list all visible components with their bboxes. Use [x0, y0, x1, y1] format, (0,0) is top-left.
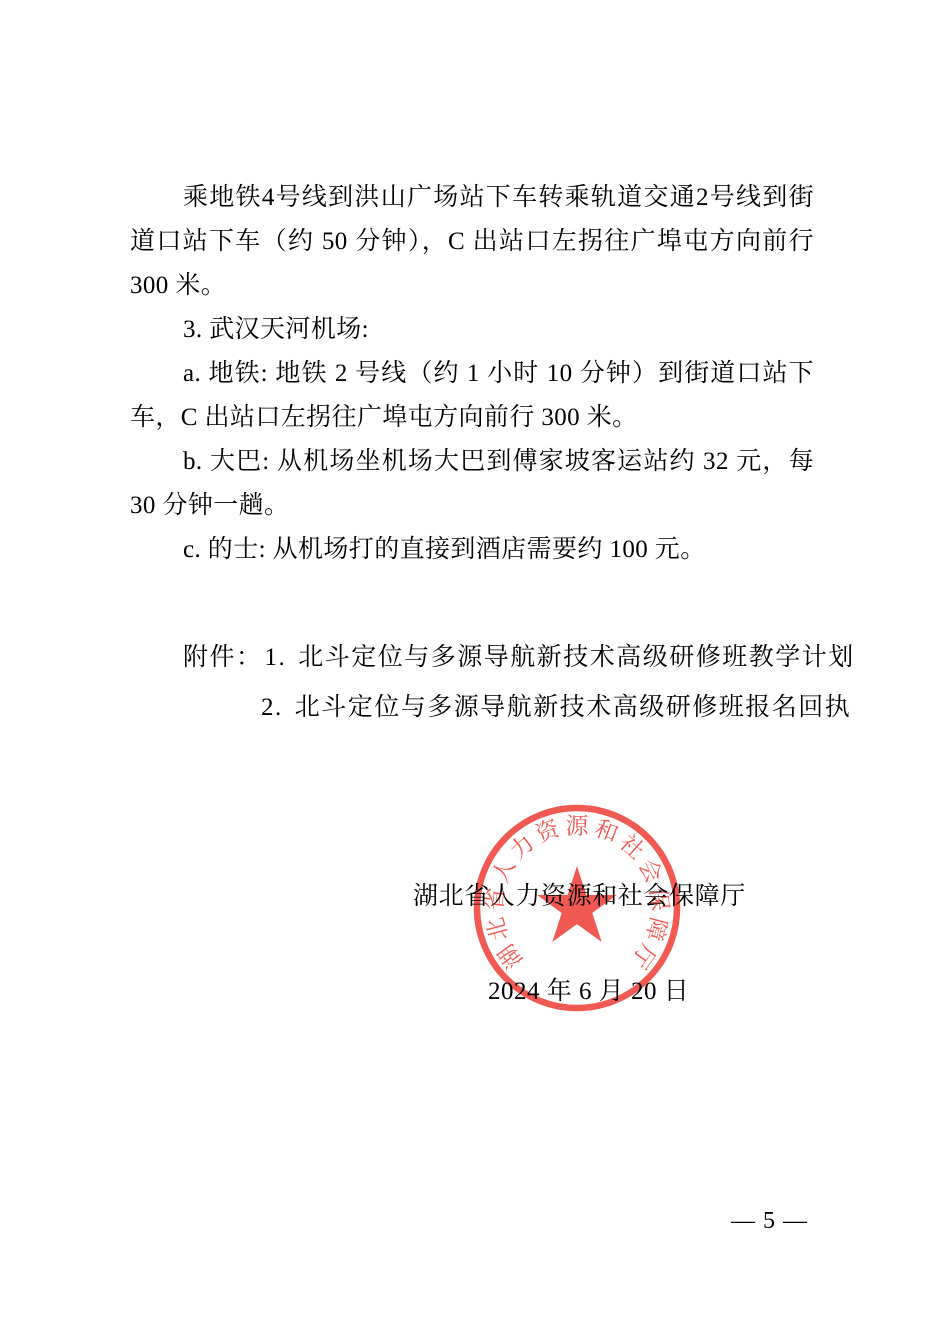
body-line: 车，C 出站口左拐往广埠屯方向前行 300 米。 — [130, 403, 814, 433]
seal-ring-char: 北 — [483, 915, 513, 944]
seal-ring-char: 和 — [591, 816, 621, 848]
seal-ring-char: 源 — [566, 814, 590, 839]
attachment-title: 北斗定位与多源导航新技术高级研修班教学计划 — [298, 644, 855, 671]
body-line: a. 地铁: 地铁 2 号线（约 1 小时 10 分钟）到街道口站下 — [130, 359, 814, 389]
attachment-number: 1. — [265, 644, 287, 671]
seal-ring-char: 资 — [532, 815, 563, 847]
body-line: c. 的士: 从机场打的直接到酒店需要约 100 元。 — [130, 535, 814, 565]
body-line: 3. 武汉天河机场: — [130, 315, 814, 345]
attachment-title: 北斗定位与多源导航新技术高级研修班报名回执 — [295, 694, 852, 721]
attachments-label: 附件： — [183, 644, 263, 671]
page-number: — 5 — — [731, 1208, 808, 1235]
signature-date: 2024 年 6 月 20 日 — [488, 971, 689, 1007]
body-line: 300 米。 — [130, 271, 814, 301]
body-line: 乘地铁4号线到洪山广场站下车转乘轨道交通2号线到街 — [130, 183, 814, 213]
body-line: b. 大巴: 从机场坐机场大巴到傅家坡客运站约 32 元，每 — [130, 447, 814, 477]
seal-ring-char: 障 — [641, 915, 671, 944]
attachment-line: 2.北斗定位与多源导航新技术高级研修班报名回执 — [261, 693, 851, 723]
attachment-number: 2. — [261, 694, 283, 721]
signature-org: 湖北省人力资源和社会保障厅 — [413, 876, 746, 912]
document-page: 乘地铁4号线到洪山广场站下车转乘轨道交通2号线到街 道口站下车（约 50 分钟）… — [0, 0, 943, 1329]
body-line: 30 分钟一趟。 — [130, 491, 814, 521]
body-line: 道口站下车（约 50 分钟），C 出站口左拐往广埠屯方向前行 — [130, 227, 814, 257]
attachment-line: 附件：1.北斗定位与多源导航新技术高级研修班教学计划 — [183, 643, 855, 673]
